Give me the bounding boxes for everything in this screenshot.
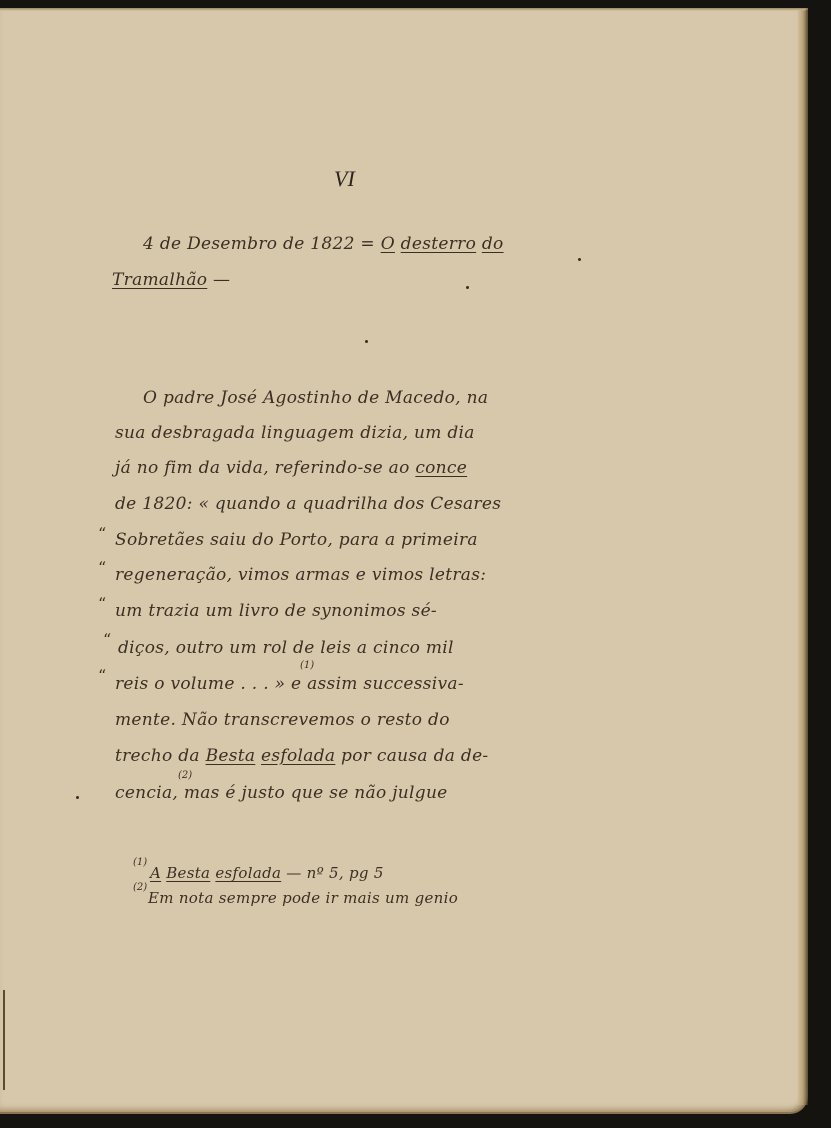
heading-title-o: O [381,234,395,254]
body-line-1: O padre José Agostinho de Macedo, na [143,388,488,408]
footnote-1: A Besta esfolada — nº 5, pg 5 [150,864,384,882]
body-line-8: diços, outro um rol de leis a cinco mil [118,638,454,658]
body-line-3-underlined: conce [415,458,467,478]
body-line-11-pre: trecho da [115,746,206,766]
body-line-11: trecho da Besta esfolada por causa da de… [115,746,488,766]
body-line-2: sua desbragada linguagem dizia, um dia [115,423,475,443]
heading-dash: — [207,270,230,290]
footnote-marker-1: (1) [300,660,314,671]
heading-title-tramalhao: Tramalhão [112,270,207,290]
body-line-6: regeneração, vimos armas e vimos letras: [115,565,486,585]
paper-sheet [0,8,808,1114]
heading-date: 4 de Desembro de 1822 = [143,234,375,254]
paper-top-edge [0,8,806,11]
footnote-2: Em nota sempre pode ir mais um genio [148,889,458,907]
body-line-10: mente. Não transcrevemos o resto do [115,710,450,730]
footnote-1-rest: — nº 5, pg 5 [281,864,384,882]
footnote-marker-2: (2) [178,770,192,781]
left-margin-line [3,990,5,1090]
heading-title-desterro: desterro [401,234,476,254]
footnote-1-title-b: Besta [166,864,210,882]
body-line-9: reis o volume . . . » e assim successiva… [115,674,464,694]
scanned-manuscript-page: VI 4 de Desembro de 1822 = O desterro do… [0,0,831,1128]
esfolada-underlined: esfolada [261,746,335,766]
body-line-3: já no fim da vida, referindo-se ao conce [115,458,467,478]
quote-mark: “ [98,666,106,685]
body-line-12: cencia, mas é justo que se não julgue [115,783,448,803]
quote-mark: “ [98,558,106,577]
quote-mark: “ [103,630,111,649]
footnote-1-title-c: esfolada [215,864,281,882]
body-line-11-post: por causa da de- [335,746,488,766]
quote-mark: “ [98,524,106,543]
besta-underlined: Besta [206,746,256,766]
heading-line-2: Tramalhão — [112,270,230,290]
quote-mark: “ [98,594,106,613]
footnote-1-marker: (1) [133,857,147,868]
ink-dot [365,340,368,343]
body-line-3-text: já no fim da vida, referindo-se ao [115,458,415,478]
body-line-4: de 1820: « quando a quadrilha dos Cesare… [115,494,501,514]
ink-dot [578,258,581,261]
ink-dot [466,286,469,289]
paper-right-edge [798,10,808,1105]
heading-line-1: 4 de Desembro de 1822 = O desterro do [143,234,504,254]
body-line-5: Sobretães saiu do Porto, para a primeira [115,530,478,550]
chapter-numeral: VI [334,166,355,192]
footnote-1-title-a: A [150,864,161,882]
body-line-7: um trazia um livro de synonimos sé- [115,601,437,621]
heading-title-do: do [482,234,504,254]
margin-ink-dot [76,796,79,799]
footnote-2-marker: (2) [133,882,147,893]
